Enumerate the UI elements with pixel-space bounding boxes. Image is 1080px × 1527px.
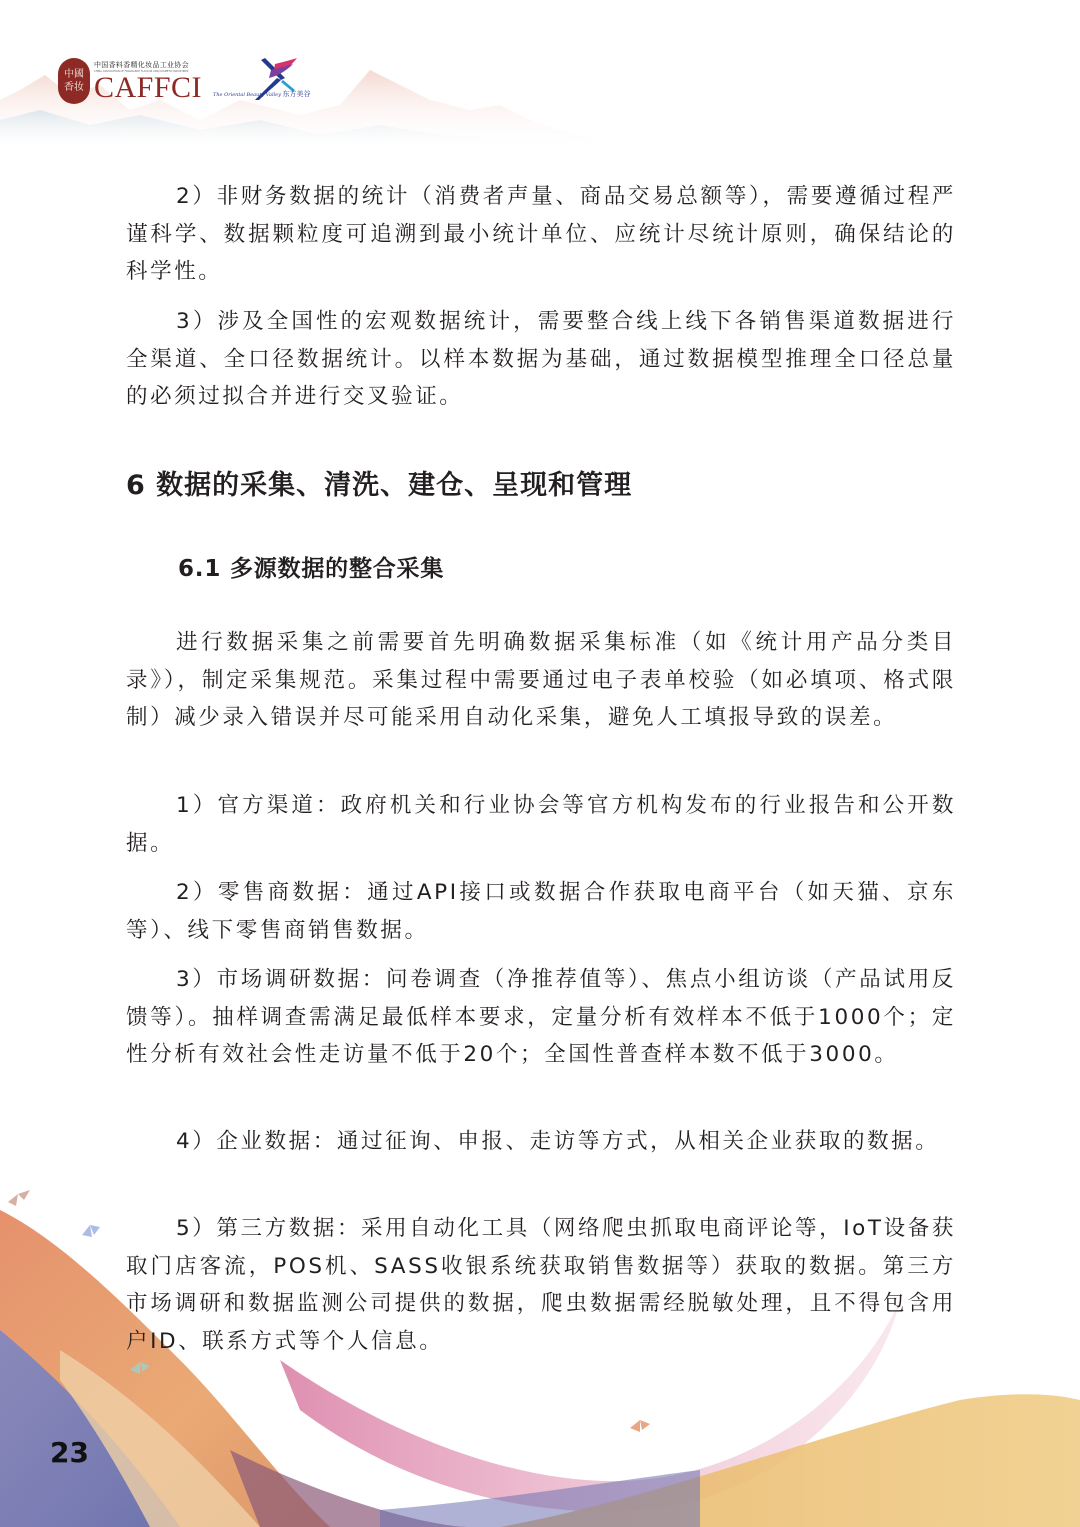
section-heading: 6 数据的采集、清洗、建仓、呈现和管理 — [126, 463, 632, 502]
paragraph-national-macro-stats: 3）涉及全国性的宏观数据统计，需要整合线上线下各销售渠道数据进行全渠道、全口径数… — [126, 303, 956, 416]
source-item-enterprise: 4）企业数据：通过征询、申报、走访等方式，从相关企业获取的数据。 — [126, 1123, 956, 1161]
source-item-third-party: 5）第三方数据：采用自动化工具（网络爬虫抓取电商评论等，IoT设备获取门店客流，… — [126, 1210, 956, 1360]
source-item-retailer: 2）零售商数据：通过API接口或数据合作获取电商平台（如天猫、京东等）、线下零售… — [126, 874, 956, 949]
caffci-seal-icon: 中國 香妆 — [58, 58, 90, 104]
source-item-market-research: 3）市场调研数据：问卷调查（净推荐值等）、焦点小组访谈（产品试用反馈等）。抽样调… — [126, 961, 956, 1074]
partner-caption: The Oriental Beauty Valley 东方美谷 — [213, 89, 311, 99]
org-name-cn: 中国香料香精化妆品工业协会 — [94, 60, 202, 70]
subsection-heading: 6.1 多源数据的整合采集 — [178, 550, 444, 583]
partner-caption-en: The Oriental Beauty Valley — [213, 92, 281, 98]
seal-text-bottom: 香妆 — [64, 81, 84, 94]
caffci-logo: 中國 香妆 中国香料香精化妆品工业协会 CHINA ASSOCIATION OF… — [58, 58, 202, 103]
source-item-official: 1）官方渠道：政府机关和行业协会等官方机构发布的行业报告和公开数据。 — [126, 787, 956, 862]
paragraph-collection-intro: 进行数据采集之前需要首先明确数据采集标准（如《统计用产品分类目录》），制定采集规… — [126, 624, 956, 737]
seal-text-top: 中國 — [64, 68, 84, 81]
partner-caption-cn: 东方美谷 — [283, 90, 311, 98]
org-abbreviation: CAFFCI — [94, 74, 202, 102]
page-number: 23 — [50, 1436, 89, 1469]
paragraph-non-financial-stats: 2）非财务数据的统计（消费者声量、商品交易总额等），需要遵循过程严谨科学、数据颗… — [126, 178, 956, 291]
